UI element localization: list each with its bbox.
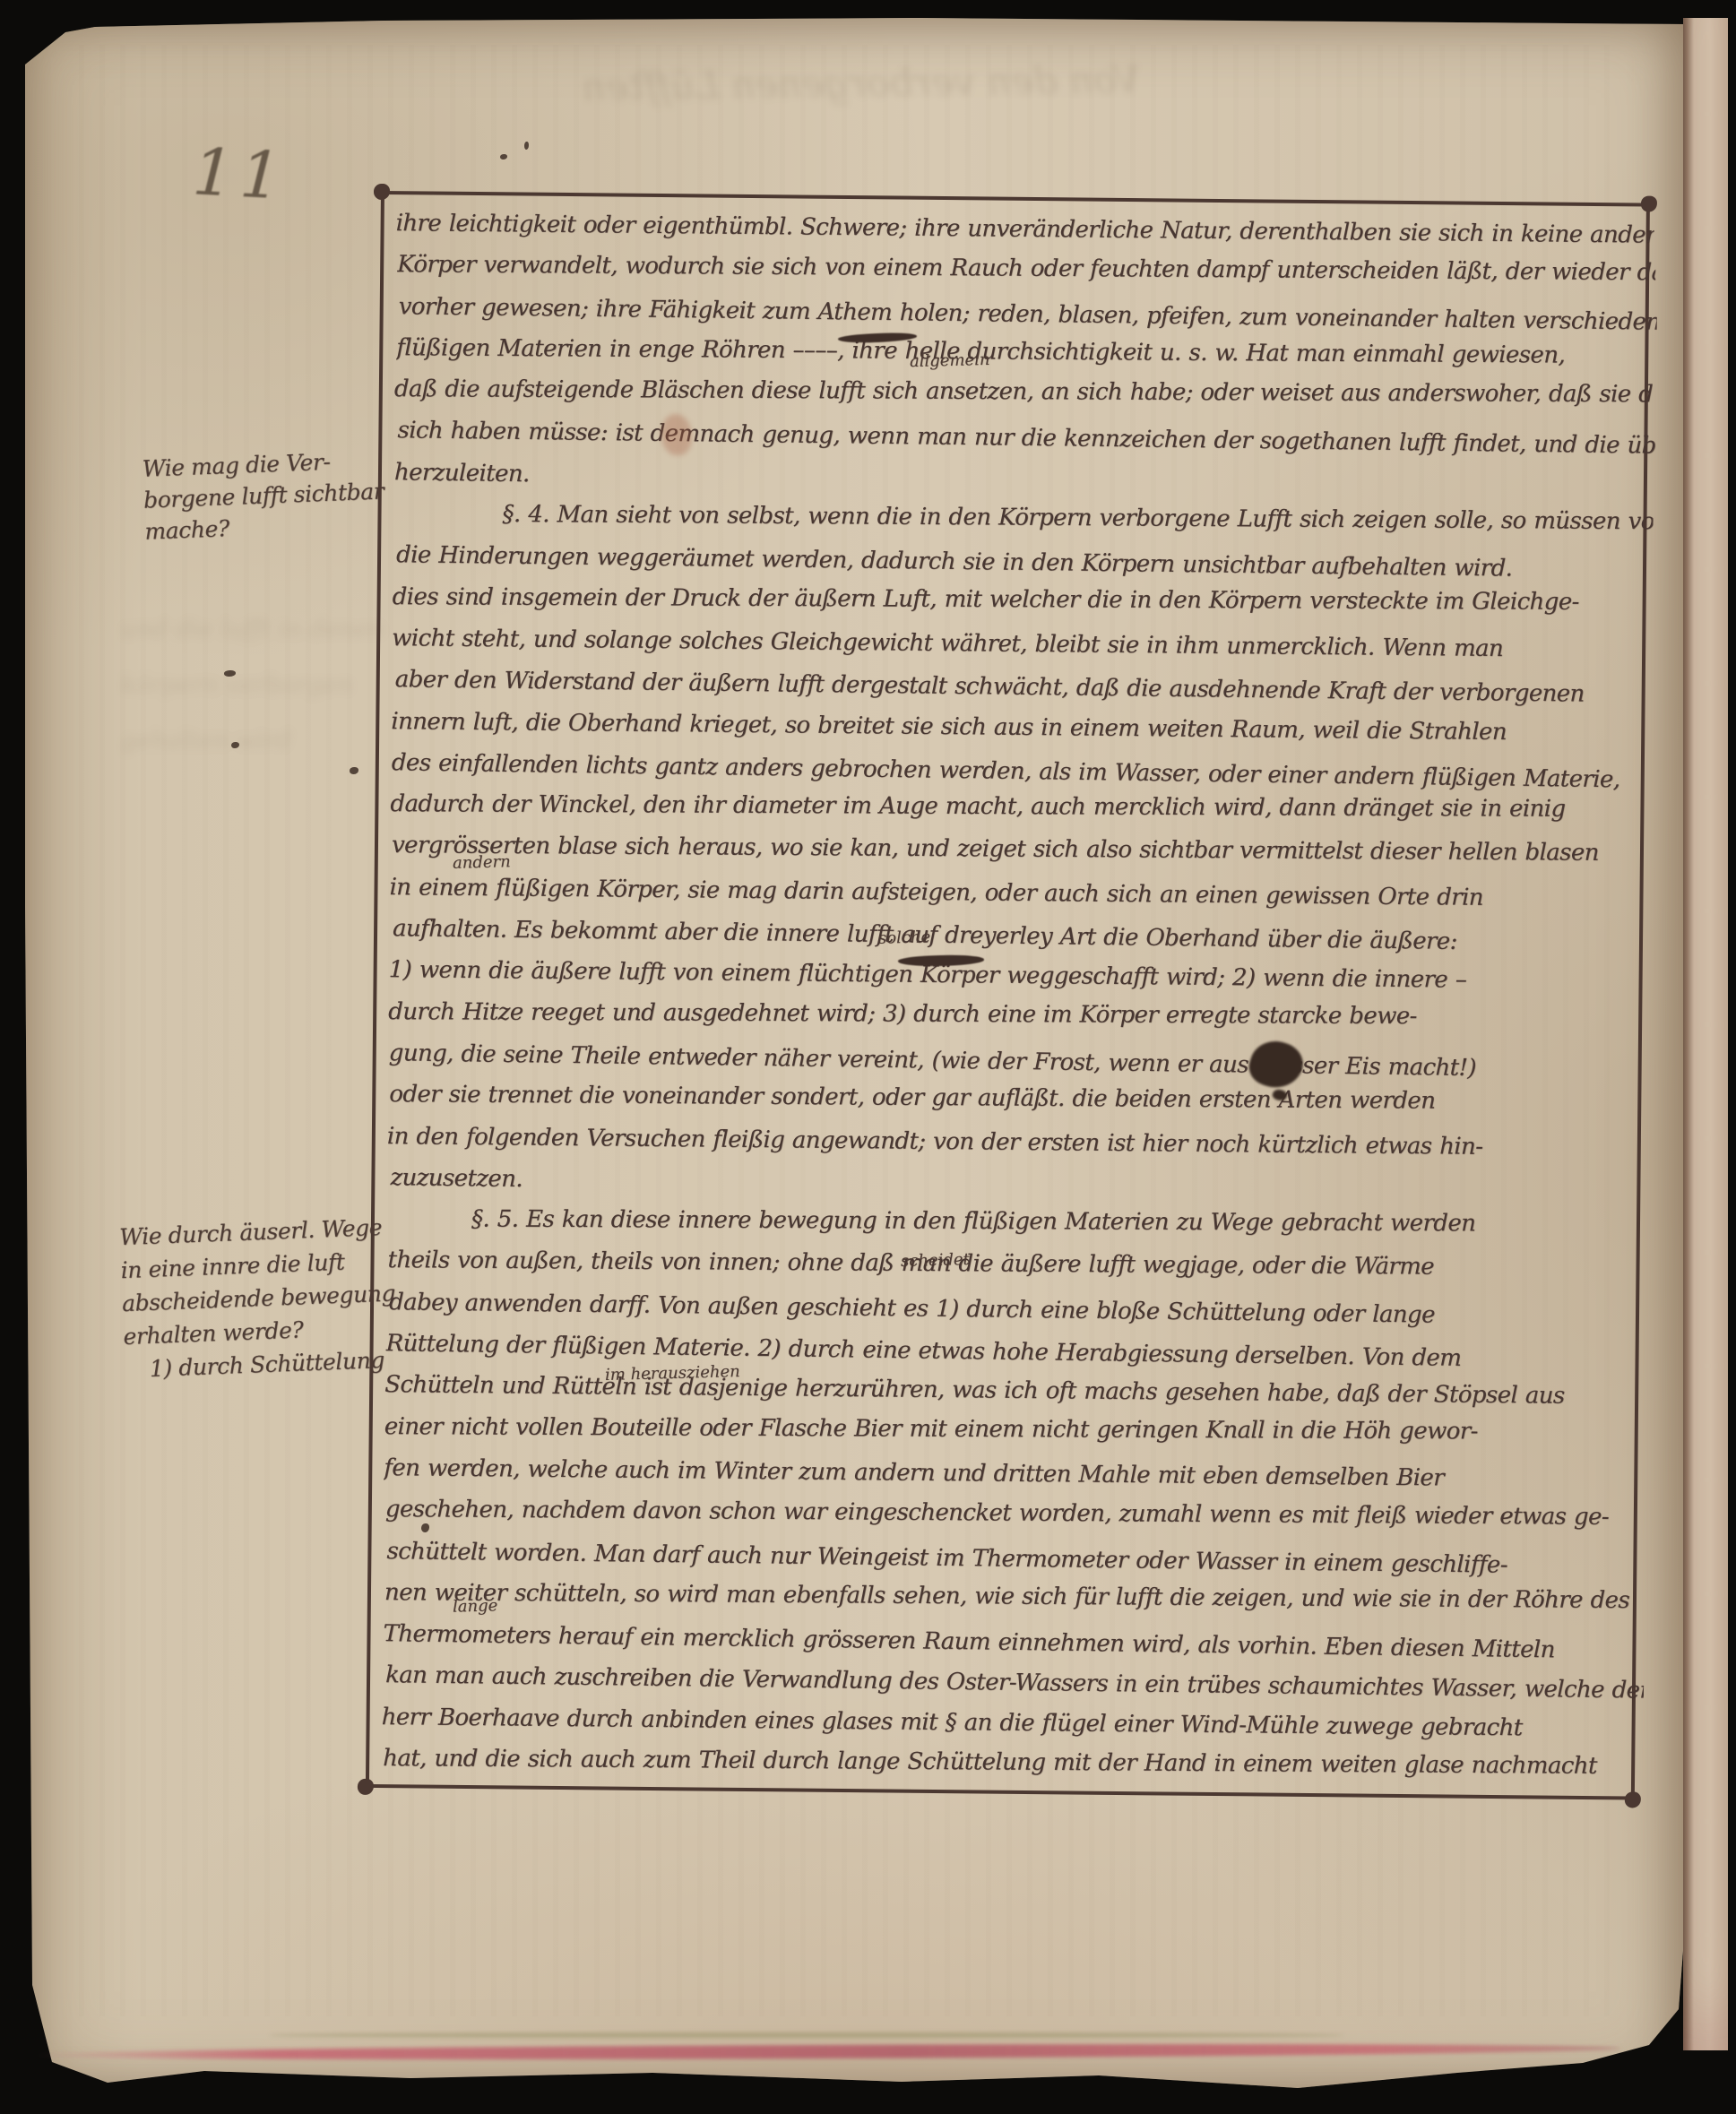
page-bottom-green-tint bbox=[269, 2032, 1344, 2038]
folio-number: 11 bbox=[191, 134, 289, 213]
margin-note-how-make-hidden-air-visible: Wie mag die Ver-borgene lufft sichtbarma… bbox=[142, 443, 414, 547]
manuscript-photo: Von den verborgenen Lüfften und die luff… bbox=[0, 0, 1736, 2114]
manuscript-line: vergrösserten blase sich heraus, wo sie … bbox=[392, 825, 1650, 875]
manuscript-line: einer nicht vollen Bouteille oder Flasch… bbox=[384, 1406, 1643, 1453]
bleedthrough-margin-block: und die lufft in denenkörpern verborgeng… bbox=[121, 602, 403, 769]
manuscript-line: §. 5. Es kan diese innere bewegung in de… bbox=[386, 1198, 1645, 1245]
margin-note-external-means-shaking: Wie durch äuserl. Wegein eine innre die … bbox=[119, 1210, 412, 1386]
manuscript-line: dadurch der Winckel, den ihr diameter im… bbox=[390, 783, 1648, 830]
manuscript-line: geschehen, nachdem davon schon war einge… bbox=[385, 1488, 1644, 1538]
interlinear-insertion: im herausziehen bbox=[605, 1362, 740, 1385]
bleedthrough-line: gehalten wird bbox=[121, 713, 403, 769]
bleedthrough-line: und die lufft in denen bbox=[121, 602, 403, 658]
ruled-text-frame: ihre leichtigkeit oder eigenthümbl. Schw… bbox=[366, 191, 1650, 1800]
body-lines: ihre leichtigkeit oder eigenthümbl. Schw… bbox=[381, 203, 1654, 1791]
manuscript-line: durch Hitze reeget und ausgedehnet wird;… bbox=[388, 991, 1646, 1038]
interlinear-insertion: solche bbox=[878, 928, 931, 948]
manuscript-line: Körper verwandelt, wodurch sie sich von … bbox=[397, 244, 1655, 293]
interlinear-insertion: lange bbox=[453, 1596, 498, 1616]
interlinear-insertion: andern bbox=[453, 852, 511, 873]
bleedthrough-line: körpern verborgen bbox=[121, 658, 403, 713]
manuscript-line: dies sind insgemein der Druck der äußern… bbox=[393, 576, 1651, 623]
manuscript-line: daß die aufsteigende Bläschen diese luff… bbox=[394, 368, 1653, 415]
interlinear-insertion: scheidet bbox=[901, 1250, 970, 1271]
manuscript-line: oder sie trennet die voneinander sondert… bbox=[389, 1074, 1647, 1123]
frame-corner-dot bbox=[374, 184, 390, 200]
manuscript-line: §. 4. Man sieht von selbst, wenn die in … bbox=[394, 493, 1653, 542]
paper-stain bbox=[661, 414, 692, 455]
interlinear-insertion: allgemein bbox=[910, 350, 990, 371]
manuscript-line: nen weiter schütteln, so wird man ebenfa… bbox=[384, 1572, 1643, 1621]
manuscript-line: theils von außen, theils von innen; ohne… bbox=[387, 1240, 1645, 1290]
manuscript-line: hat, und die sich auch zum Theil durch l… bbox=[383, 1738, 1641, 1787]
book-fore-edge bbox=[1683, 18, 1728, 2050]
